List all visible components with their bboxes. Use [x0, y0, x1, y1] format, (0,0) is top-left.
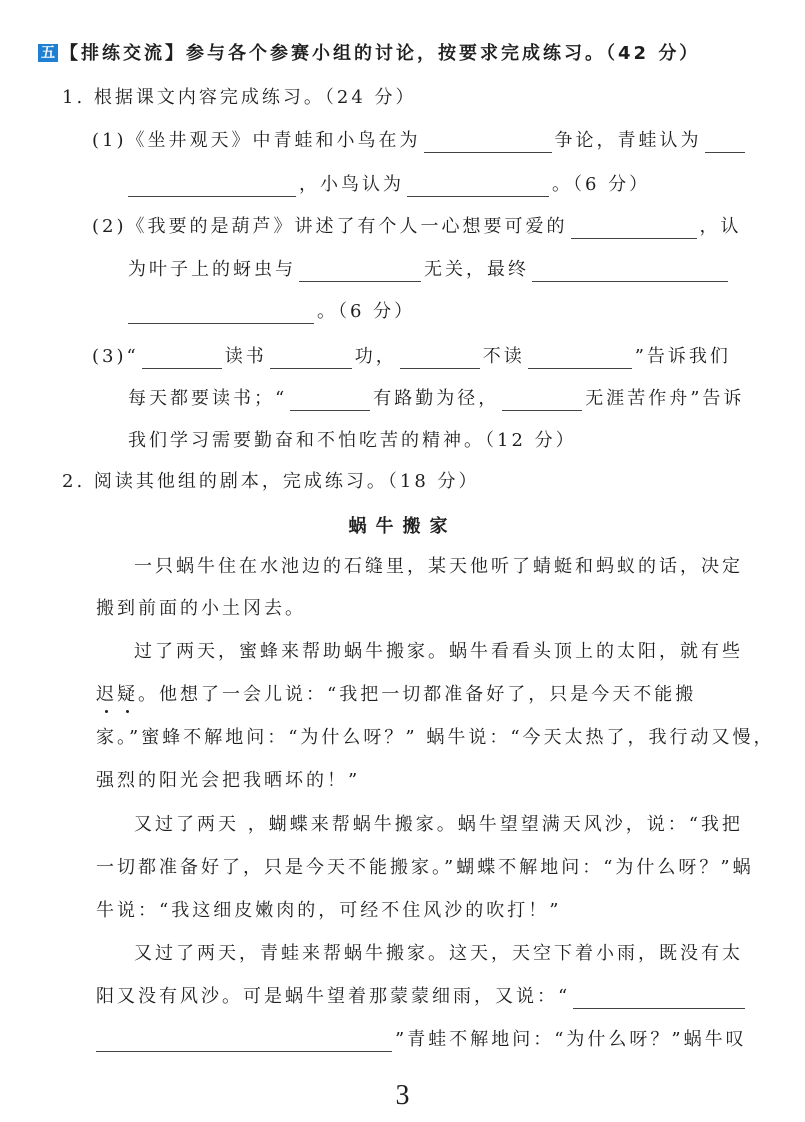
story-line: 强烈的阳光会把我晒坏的！”: [96, 769, 360, 793]
answer-blank[interactable]: [290, 392, 370, 411]
answer-blank[interactable]: [270, 350, 352, 369]
answer-blank[interactable]: [502, 392, 582, 411]
answer-blank[interactable]: [128, 305, 314, 324]
answer-blank[interactable]: [705, 134, 745, 153]
story-line: 一只蜗牛住在水池边的石缝里，某天他听了蜻蜓和蚂蚁的话，决定: [134, 555, 743, 579]
story-line: 迟疑。他想了一会儿说：“我把一切都准备好了，只是今天不能搬: [96, 683, 696, 707]
story-line: 又过了两天，青蛙来帮蜗牛搬家。这天，天空下着小雨，既没有太: [134, 942, 743, 966]
answer-blank[interactable]: [532, 263, 728, 282]
section-heading: 五【排练交流】参与各个参赛小组的讨论，按要求完成练习。（42 分）: [38, 42, 700, 66]
story-title: 蜗牛搬家: [0, 512, 805, 538]
story-line: 搬到前面的小土冈去。: [96, 597, 306, 621]
question-2-title: 2. 阅读其他组的剧本，完成练习。（18 分）: [62, 470, 480, 494]
q1-part2-line3: 。（6 分）: [128, 300, 415, 324]
answer-blank[interactable]: [142, 350, 222, 369]
q1-part3-line1: (3)“读书功，不读”告诉我们: [92, 345, 731, 369]
emphasis-char: 疑: [117, 684, 138, 705]
story-line: 过了两天，蜜蜂来帮助蜗牛搬家。蜗牛看看头顶上的太阳，就有些: [134, 640, 743, 664]
story-line: 阳又没有风沙。可是蜗牛望着那蒙蒙细雨，又说：“: [96, 985, 748, 1009]
q1-part3-line3: 我们学习需要勤奋和不怕吃苦的精神。（12 分）: [128, 429, 577, 453]
answer-blank[interactable]: [424, 134, 552, 153]
answer-blank[interactable]: [96, 1033, 392, 1052]
page-number: 3: [0, 1080, 805, 1112]
answer-blank[interactable]: [573, 990, 745, 1009]
answer-blank[interactable]: [407, 178, 549, 197]
story-line: ”青蛙不解地问：“为什么呀？”蜗牛叹: [96, 1028, 747, 1052]
answer-blank[interactable]: [400, 350, 480, 369]
q1-part1-line1: (1)《坐井观天》中青蛙和小鸟在为争论，青蛙认为: [92, 129, 745, 153]
answer-blank[interactable]: [571, 220, 697, 239]
q1-part2-line1: (2)《我要的是葫芦》讲述了有个人一心想要可爱的，认: [92, 215, 742, 239]
q1-part2-line2: 为叶子上的蚜虫与无关，最终: [128, 258, 731, 282]
emphasis-char: 迟: [96, 684, 117, 705]
q1-part3-line2: 每天都要读书；“有路勤为径，无涯苦作舟”告诉: [128, 387, 744, 411]
answer-blank[interactable]: [128, 178, 296, 197]
question-1-title: 1. 根据课文内容完成练习。（24 分）: [62, 86, 417, 110]
answer-blank[interactable]: [299, 263, 421, 282]
q1-part1-line2: ，小鸟认为。（6 分）: [128, 173, 650, 197]
answer-blank[interactable]: [528, 350, 632, 369]
section-number-badge: 五: [38, 44, 58, 62]
story-line: 家。”蜜蜂不解地问：“为什么呀？” 蜗牛说：“今天太热了，我行动又慢，: [96, 726, 775, 750]
story-line: 又过了两天 ，蝴蝶来帮蜗牛搬家。蜗牛望望满天风沙，说：“我把: [134, 813, 743, 837]
story-line: 牛说：“我这细皮嫩肉的，可经不住风沙的吹打！”: [96, 899, 561, 923]
story-line: 一切都准备好了，只是今天不能搬家。”蝴蝶不解地问：“为什么呀？”蜗: [96, 856, 754, 880]
